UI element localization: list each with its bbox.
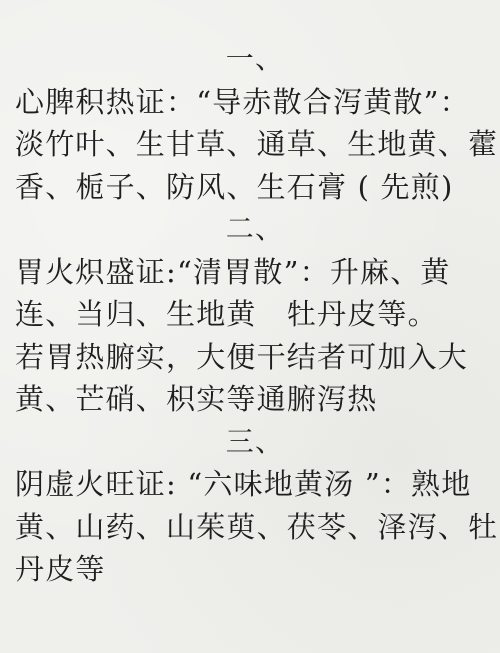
section-numeral: 二、: [15, 208, 495, 251]
text-line: 胃火炽盛证:“清胃散”：升麻、黄: [15, 251, 495, 294]
text-line: 黄、山药、山茱萸、茯苓、泽泻、牡: [15, 506, 495, 549]
text-line: 连、当归、生地黄 牡丹皮等。: [15, 293, 495, 336]
text-line: 心脾积热证：“导赤散合泻黄散”：: [15, 81, 495, 124]
text-line: 若胃热腑实，大便干结者可加入大: [15, 336, 495, 379]
document-page: 一、 心脾积热证：“导赤散合泻黄散”： 淡竹叶、生甘草、通草、生地黄、藿 香、栀…: [15, 38, 495, 591]
section-numeral: 三、: [15, 421, 495, 464]
text-line: 淡竹叶、生甘草、通草、生地黄、藿: [15, 123, 495, 166]
section-numeral: 一、: [15, 38, 495, 81]
text-line: 香、栀子、防风、生石膏 ( 先煎): [15, 166, 495, 209]
section-3: 三、 阴虚火旺证: “六味地黄汤 ”：熟地 黄、山药、山茱萸、茯苓、泽泻、牡 丹…: [15, 421, 495, 591]
text-line: 黄、芒硝、枳实等通腑泻热: [15, 378, 495, 421]
section-2: 二、 胃火炽盛证:“清胃散”：升麻、黄 连、当归、生地黄 牡丹皮等。 若胃热腑实…: [15, 208, 495, 421]
text-line: 丹皮等: [15, 548, 495, 591]
text-line: 阴虚火旺证: “六味地黄汤 ”：熟地: [15, 463, 495, 506]
section-1: 一、 心脾积热证：“导赤散合泻黄散”： 淡竹叶、生甘草、通草、生地黄、藿 香、栀…: [15, 38, 495, 208]
